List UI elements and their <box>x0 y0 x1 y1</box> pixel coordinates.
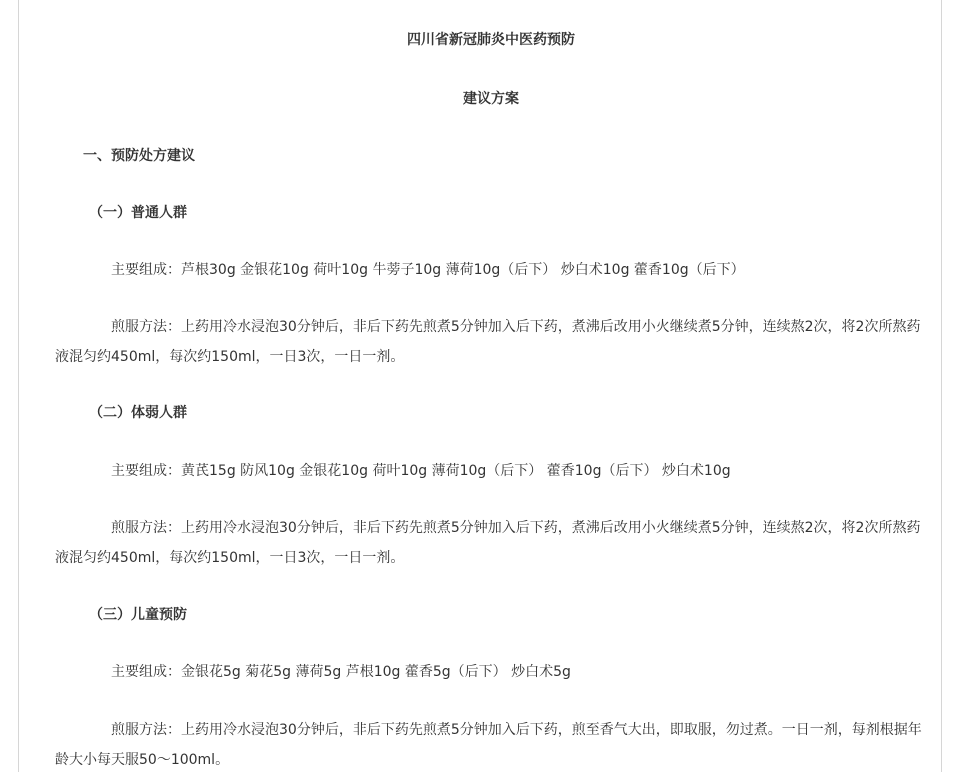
group-composition-general: 主要组成：芦根30g 金银花10g 荷叶10g 牛蒡子10g 薄荷10g（后下）… <box>111 260 745 280</box>
section-heading: 一、预防处方建议 <box>83 146 195 166</box>
group-heading-weak: （二）体弱人群 <box>89 403 187 423</box>
group-method-children: 煎服方法：上药用冷水浸泡30分钟后，非后下药先煎煮5分钟加入后下药，煎至香气大出… <box>55 715 927 772</box>
document-title: 四川省新冠肺炎中医药预防 <box>55 30 927 50</box>
group-heading-general: （一）普通人群 <box>89 203 187 223</box>
document-page: 四川省新冠肺炎中医药预防 建议方案 一、预防处方建议 （一）普通人群 主要组成：… <box>18 0 942 772</box>
group-composition-children: 主要组成：金银花5g 菊花5g 薄荷5g 芦根10g 藿香5g（后下） 炒白术5… <box>111 662 571 682</box>
group-method-general: 煎服方法：上药用冷水浸泡30分钟后，非后下药先煎煮5分钟加入后下药，煮沸后改用小… <box>55 312 927 372</box>
document-subtitle: 建议方案 <box>55 89 927 109</box>
group-heading-children: （三）儿童预防 <box>89 605 187 625</box>
group-method-weak: 煎服方法：上药用冷水浸泡30分钟后，非后下药先煎煮5分钟加入后下药，煮沸后改用小… <box>55 513 927 573</box>
group-composition-weak: 主要组成：黄芪15g 防风10g 金银花10g 荷叶10g 薄荷10g（后下） … <box>111 461 731 481</box>
